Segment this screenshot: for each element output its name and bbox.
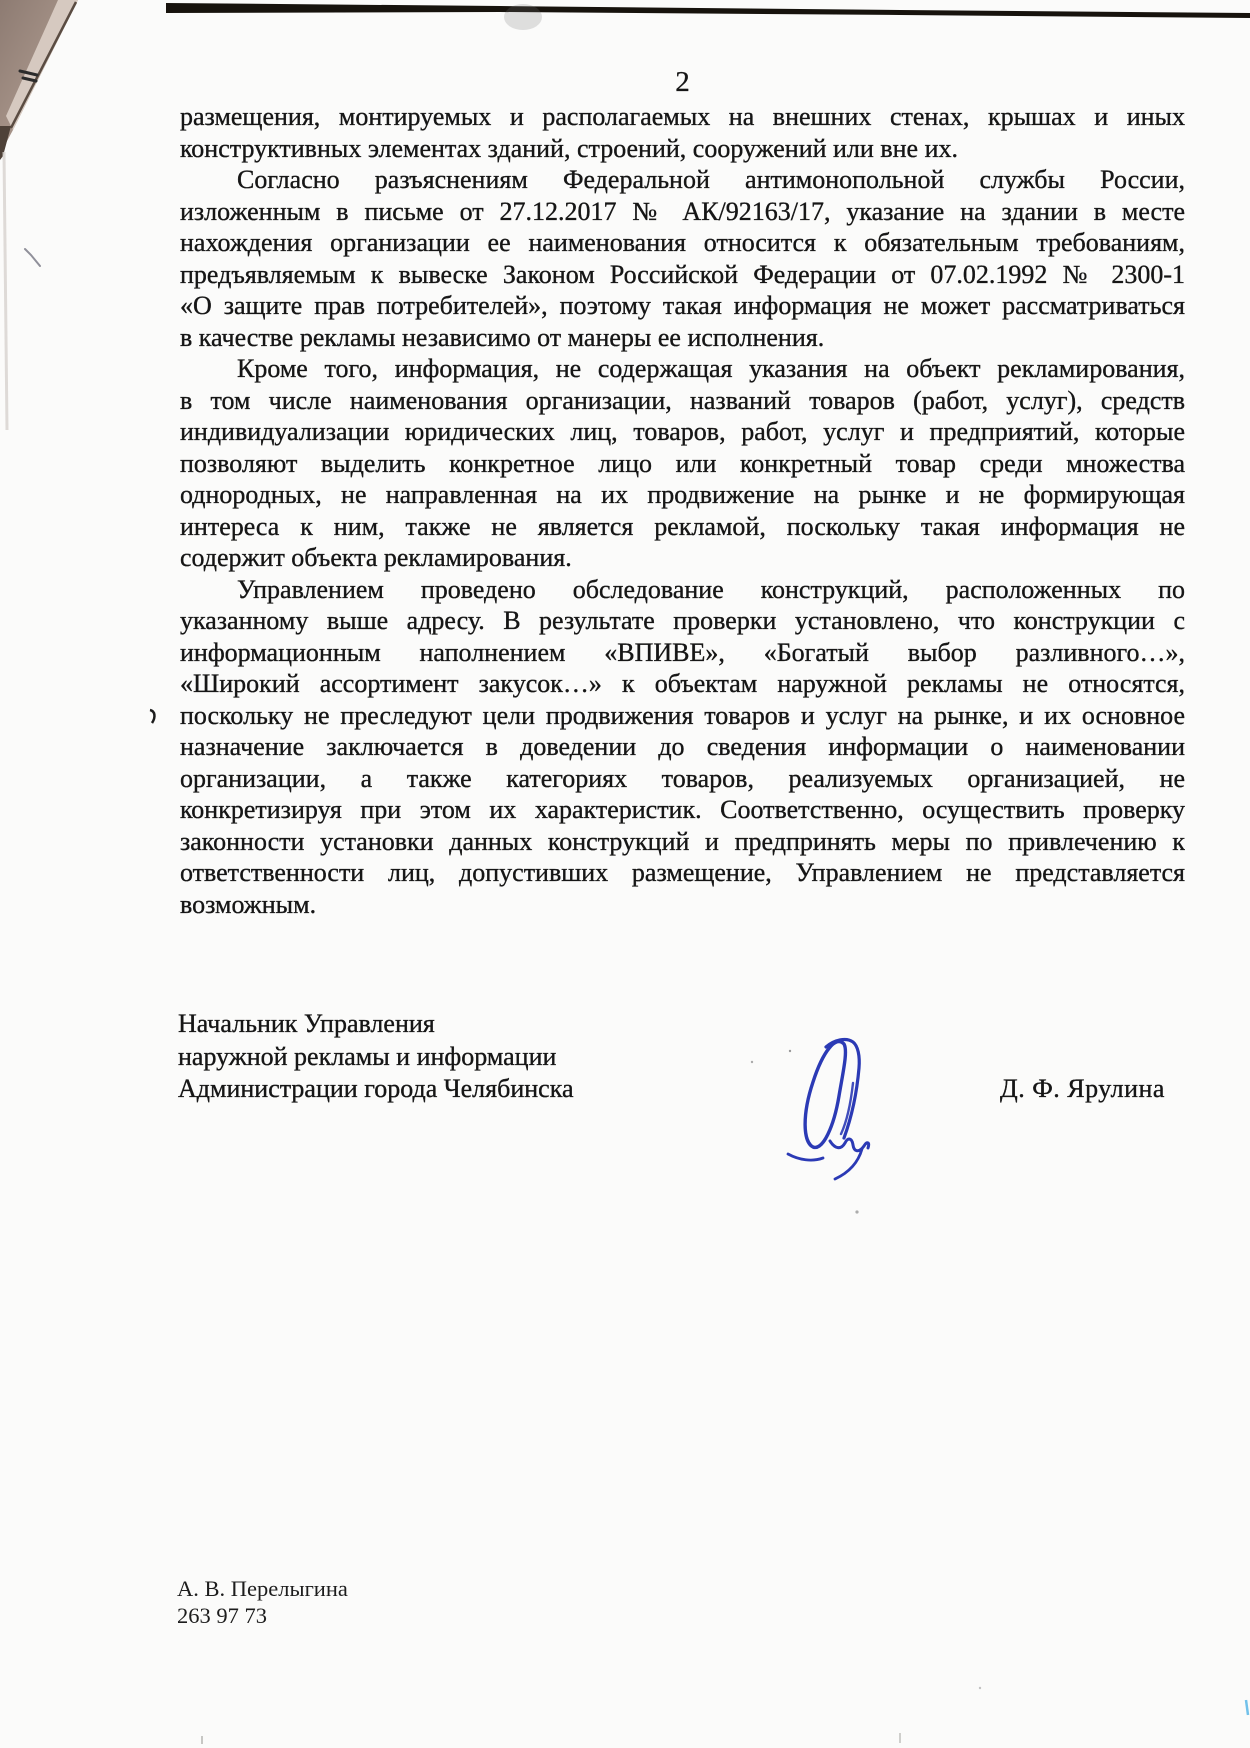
paragraph-line: Управлением проведено обследование конст…: [180, 574, 1185, 606]
paragraph-line: позволяют выделить конкретное лицо или к…: [180, 448, 1185, 480]
paragraph-line: «Широкий ассортимент закусок…» к объекта…: [180, 668, 1185, 700]
paragraph-line: в качестве рекламы независимо от манеры …: [180, 322, 1185, 354]
top-smudge: [504, 4, 542, 30]
paragraph-line: ответственности лиц, допустивших размеще…: [180, 857, 1185, 889]
signatory-title-line: Администрации города Челябинска: [178, 1073, 573, 1106]
pencil-dot: [789, 1050, 791, 1052]
paragraph-line: однородных, не направленная на их продви…: [180, 479, 1185, 511]
pencil-dot: [751, 1061, 753, 1063]
paragraph-line: указанному выше адресу. В результате про…: [180, 605, 1185, 637]
paragraph-line: содержит объекта рекламирования.: [180, 542, 1185, 574]
corner-fold-tip: [0, 126, 11, 160]
page-number: 2: [180, 66, 1185, 99]
paragraph-line: в том числе наименования организации, на…: [180, 385, 1185, 417]
paragraph-line: назначение заключается в доведении до св…: [180, 731, 1185, 763]
signatory-title-line: Начальник Управления: [178, 1008, 573, 1041]
document-body: размещения, монтируемых и располагаемых …: [180, 101, 1185, 920]
paragraph-line: индивидуализации юридических лиц, товаро…: [180, 416, 1185, 448]
handwritten-signature-icon: [740, 1020, 940, 1250]
paragraph-line: организации, а также категориях товаров,…: [180, 763, 1185, 795]
executor-phone: 263 97 73: [177, 1603, 348, 1630]
paragraph-line: конструктивных элементах зданий, строени…: [180, 133, 1185, 165]
signatory-name: Д. Ф. Ярулина: [1000, 1076, 1165, 1102]
left-edge-shadow: [4, 152, 7, 430]
paragraph-line: поскольку не преследуют цели продвижения…: [180, 700, 1185, 732]
paragraph-line: интереса к ним, также не является реклам…: [180, 511, 1185, 543]
pen-scratch: [25, 249, 40, 266]
margin-speck: [150, 710, 154, 723]
paragraph-line: информационным наполнением «ВПИВЕ», «Бог…: [180, 637, 1185, 669]
paragraph-line: возможным.: [180, 889, 1185, 921]
executor-name: А. В. Перелыгина: [177, 1576, 348, 1603]
signatory-title-line: наружной рекламы и информации: [178, 1041, 573, 1074]
paragraph-line: размещения, монтируемых и располагаемых …: [180, 101, 1185, 133]
corner-fold-edge: [11, 2, 76, 128]
paragraph-line: «О защите прав потребителей», поэтому та…: [180, 290, 1185, 322]
top-edge-scan-line: [166, 3, 1250, 18]
signatory-title: Начальник Управлениянаружной рекламы и и…: [178, 1008, 573, 1106]
edge-blue-tick: [1246, 1700, 1248, 1715]
paragraph-line: Согласно разъяснениям Федеральной антимо…: [180, 164, 1185, 196]
paragraph-line: предъявляемым к вывеске Законом Российск…: [180, 259, 1185, 291]
staple-mark: [20, 71, 37, 81]
dust-speck: [979, 1687, 981, 1689]
corner-fold-highlight: [6, 0, 78, 130]
paragraph-line: изложенным в письме от 27.12.2017 № АК/9…: [180, 196, 1185, 228]
paragraph-line: конкретизируя при этом их характеристик.…: [180, 794, 1185, 826]
paragraph-line: Кроме того, информация, не содержащая ук…: [180, 353, 1185, 385]
paragraph-line: законности установки данных конструкций …: [180, 826, 1185, 858]
paragraph-line: нахождения организации ее наименования о…: [180, 227, 1185, 259]
corner-fold-wedge: [0, 0, 78, 154]
executor-footer: А. В. Перелыгина 263 97 73: [177, 1576, 348, 1629]
